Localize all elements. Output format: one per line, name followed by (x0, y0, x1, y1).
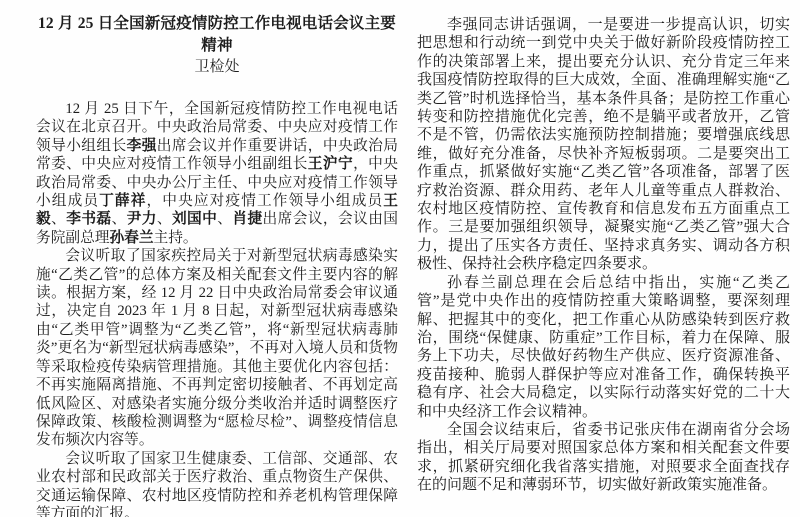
paragraph-sunchunlan-summary: 孙春兰副总理在会后总结中指出，实施“乙类乙管”是党中央作出的疫情防控重大策略调整… (417, 274, 790, 421)
right-column: 李强同志讲话强调，一是要进一步提高认识，切实把思想和行动统一到党中央关于做好新阶… (417, 16, 790, 495)
document-title: 12 月 25 日全国新冠疫情防控工作电视电话会议主要精神 (36, 13, 398, 57)
paragraph-plan-interpretation: 会议听取了国家疾控局关于对新型冠状病毒感染实施“乙类乙管”的总体方案及相关配套文… (36, 247, 398, 449)
paragraph-department-reports: 会议听取了国家卫生健康委、工信部、交通部、农业农村部和民政部关于医疗救治、重点物… (36, 450, 398, 517)
paragraph-meeting-attendance: 12 月 25 日下午，全国新冠疫情防控工作电视电话会议在北京召开。中央政治局常… (36, 100, 398, 247)
paragraph-provincial-remarks: 全国会议结束后，省委书记张庆伟在湖南省分会场指出，相关厅局要对照国家总体方案和相… (417, 421, 790, 495)
left-column-body: 12 月 25 日下午，全国新冠疫情防控工作电视电话会议在北京召开。中央政治局常… (36, 100, 398, 517)
document-author-unit: 卫检处 (36, 57, 398, 77)
paragraph-liqiang-speech: 李强同志讲话强调，一是要进一步提高认识，切实把思想和行动统一到党中央关于做好新阶… (417, 16, 790, 274)
document-page: 12 月 25 日全国新冠疫情防控工作电视电话会议主要精神 卫检处 12 月 2… (0, 0, 800, 517)
left-column: 12 月 25 日全国新冠疫情防控工作电视电话会议主要精神 卫检处 12 月 2… (36, 13, 398, 517)
